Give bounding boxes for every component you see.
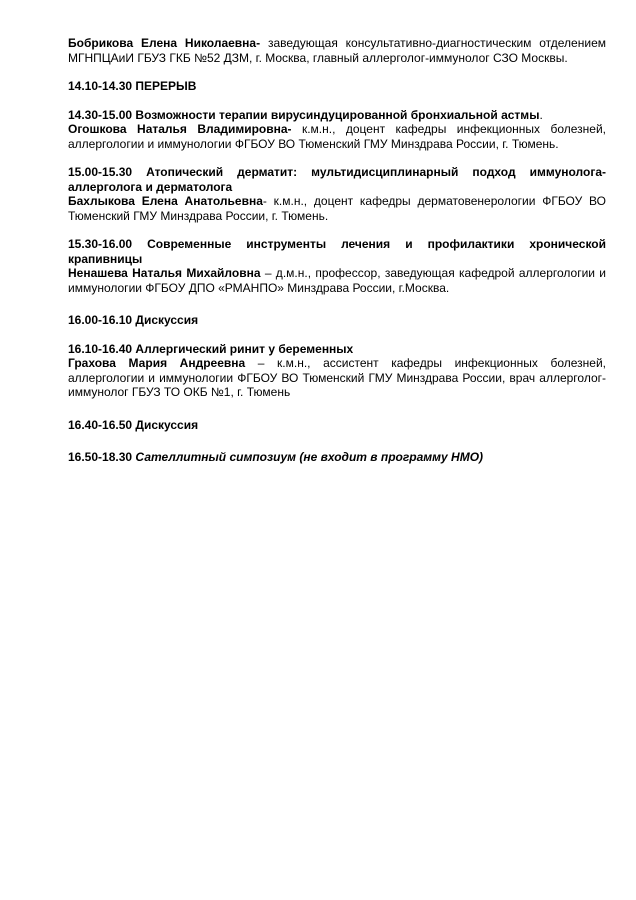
speaker-name: Бахлыкова Елена Анатольевна — [68, 194, 263, 208]
session-time: 14.10-14.30 — [68, 79, 132, 93]
speaker-line: Бахлыкова Елена Анатольевна- к.м.н., доц… — [68, 194, 606, 223]
session-title: Возможности терапии вирусиндуцированной … — [132, 108, 539, 122]
program-page: Бобрикова Елена Николаевна- заведующая к… — [68, 36, 606, 465]
speaker-name: Грахова Мария Андреевна — [68, 356, 245, 370]
session-title: Дискуссия — [132, 313, 198, 327]
session-heading: 14.30-15.00 Возможности терапии вирусинд… — [68, 108, 606, 123]
speaker-block-bobrikova: Бобрикова Елена Николаевна- заведующая к… — [68, 36, 606, 65]
session-heading: 16.10-16.40 Аллергический ринит у береме… — [68, 342, 606, 357]
session-time: 16.50-18.30 — [68, 450, 132, 464]
session-block-urticaria: 15.30-16.00 Современные инструменты лече… — [68, 237, 606, 295]
break-block: 14.10-14.30 ПЕРЕРЫВ — [68, 79, 606, 94]
session-time: 16.40-16.50 — [68, 418, 132, 432]
session-title: Дискуссия — [132, 418, 198, 432]
speaker-line: Огошкова Наталья Владимировна- к.м.н., д… — [68, 122, 606, 151]
session-time: 16.00-16.10 — [68, 313, 132, 327]
session-time: 15.00-15.30 — [68, 165, 132, 179]
session-title: Сателлитный симпозиум (не входит в прогр… — [132, 450, 483, 464]
session-time: 16.10-16.40 — [68, 342, 132, 356]
session-block-asthma: 14.30-15.00 Возможности терапии вирусинд… — [68, 108, 606, 152]
speaker-name: Огошкова Наталья Владимировна- — [68, 122, 292, 136]
speaker-line: Грахова Мария Андреевна – к.м.н., ассист… — [68, 356, 606, 400]
speaker-line: Ненашева Наталья Михайловна – д.м.н., пр… — [68, 266, 606, 295]
session-time: 15.30-16.00 — [68, 237, 132, 251]
session-title: Атопический дерматит: мультидисциплинарн… — [68, 165, 606, 194]
session-block-rhinitis: 16.10-16.40 Аллергический ринит у береме… — [68, 342, 606, 400]
speaker-name: Ненашева Наталья Михайловна — [68, 266, 261, 280]
session-title: Аллергический ринит у беременных — [132, 342, 353, 356]
session-heading: 15.00-15.30 Атопический дерматит: мульти… — [68, 165, 606, 194]
session-title: Современные инструменты лечения и профил… — [68, 237, 606, 266]
session-block-dermatitis: 15.00-15.30 Атопический дерматит: мульти… — [68, 165, 606, 223]
session-title-end: . — [539, 108, 542, 122]
satellite-symposium-block: 16.50-18.30 Сателлитный симпозиум (не вх… — [68, 450, 606, 465]
session-title: ПЕРЕРЫВ — [132, 79, 196, 93]
discussion-block-2: 16.40-16.50 Дискуссия — [68, 418, 606, 433]
session-time: 14.30-15.00 — [68, 108, 132, 122]
session-heading: 15.30-16.00 Современные инструменты лече… — [68, 237, 606, 266]
speaker-name: Бобрикова Елена Николаевна- — [68, 36, 260, 50]
discussion-block-1: 16.00-16.10 Дискуссия — [68, 313, 606, 328]
